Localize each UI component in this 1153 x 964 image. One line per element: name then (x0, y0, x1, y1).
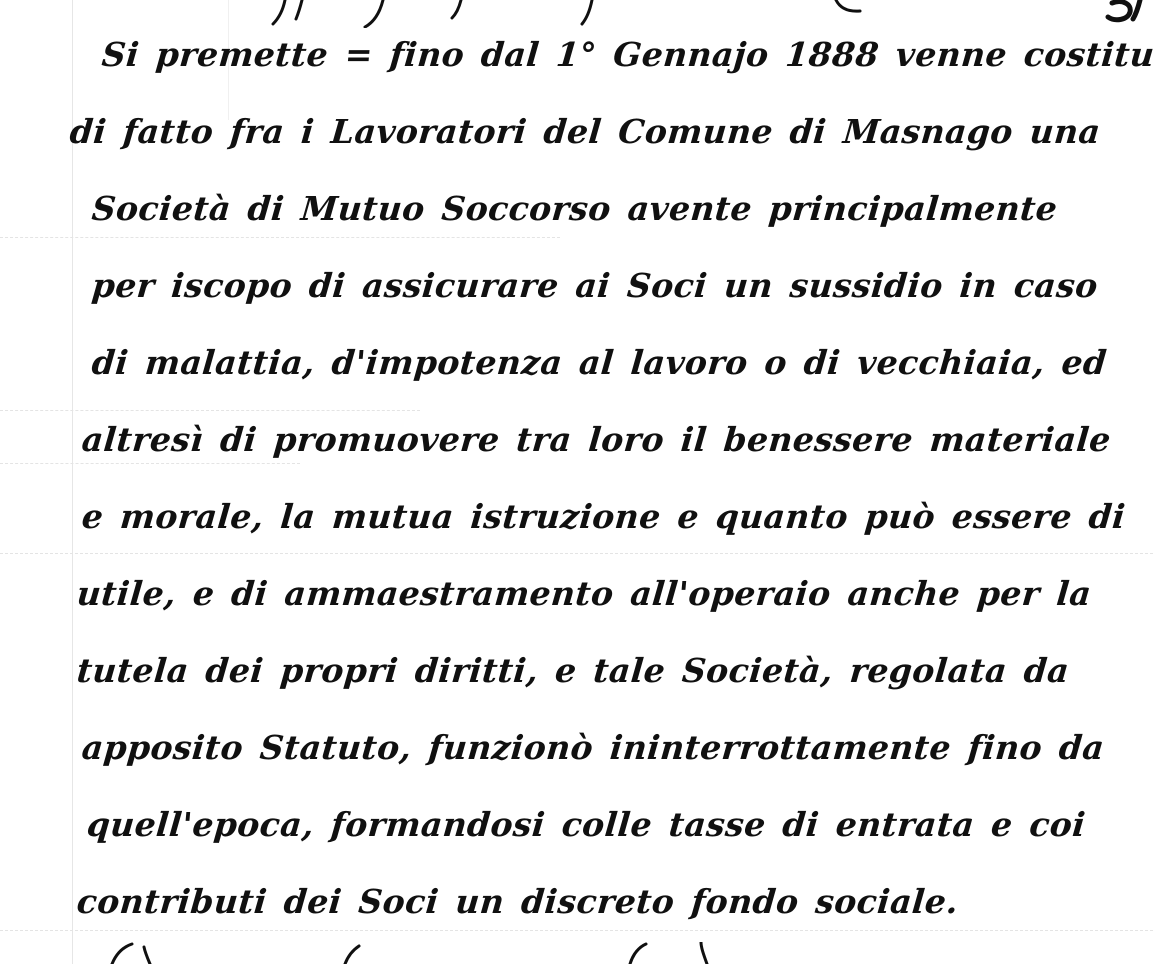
handwriting-line: Si premette = fino dal 1° Gennajo 1888 v… (99, 16, 1153, 93)
handwriting-line: tutela dei propri diritti, e tale Societ… (74, 632, 1153, 709)
handwriting-line: di fatto fra i Lavoratori del Comune di … (67, 93, 1153, 170)
handwriting-line: per iscopo di assicurare ai Soci un suss… (89, 247, 1153, 324)
handwritten-text-block: Si premette = fino dal 1° Gennajo 1888 v… (70, 16, 1149, 940)
handwriting-line: contributi dei Soci un discreto fondo so… (74, 863, 1153, 940)
handwriting-line: utile, e di ammaestramento all'operaio a… (74, 555, 1153, 632)
handwriting-line: e morale, la mutua istruzione e quanto p… (79, 478, 1153, 555)
next-line-stroke-fragments (0, 942, 1153, 964)
manuscript-page: Si premette = fino dal 1° Gennajo 1888 v… (0, 0, 1153, 964)
handwriting-line: di malattia, d'impotenza al lavoro o di … (89, 324, 1153, 401)
handwriting-line: quell'epoca, formandosi colle tasse di e… (84, 786, 1153, 863)
handwriting-line: apposito Statuto, funzionò ininterrottam… (79, 709, 1153, 786)
handwriting-line: Società di Mutuo Soccorso avente princip… (89, 170, 1153, 247)
handwriting-line: altresì di promuovere tra loro il beness… (79, 401, 1153, 478)
